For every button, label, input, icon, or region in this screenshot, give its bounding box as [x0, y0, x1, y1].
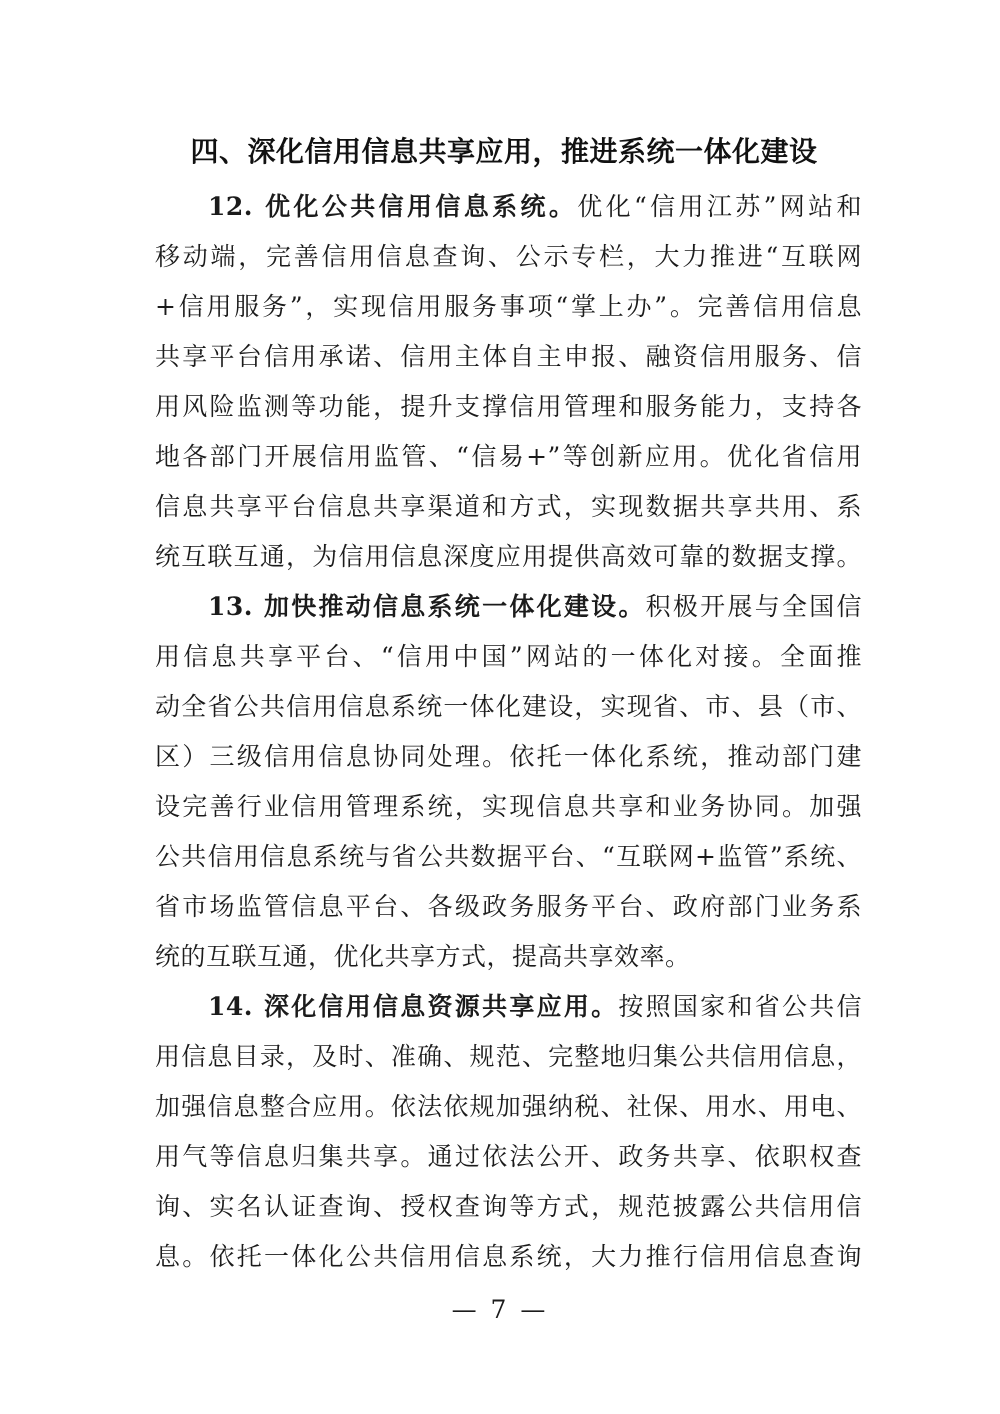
body-line: +信用服务”，实现信用服务事项“掌上办”。完善信用信息	[155, 282, 862, 332]
item-12-text-start: 优化“信用江苏”网站和	[577, 192, 862, 221]
document-body: 12. 优化公共信用信息系统。优化“信用江苏”网站和 移动端，完善信用信息查询、…	[155, 182, 862, 1282]
body-line: 加强信息整合应用。依法依规加强纳税、社保、用水、用电、	[155, 1082, 862, 1132]
body-line: 息。依托一体化公共信用信息系统，大力推行信用信息查询	[155, 1232, 862, 1282]
item-13-text-start: 积极开展与全国信	[646, 592, 862, 621]
paragraph-12-first-line: 12. 优化公共信用信息系统。优化“信用江苏”网站和	[155, 182, 862, 232]
section-heading: 四、深化信用信息共享应用，推进系统一体化建设	[146, 134, 862, 170]
paragraph-14-first-line: 14. 深化信用信息资源共享应用。按照国家和省公共信	[155, 982, 862, 1032]
body-line: 设完善行业信用管理系统，实现信息共享和业务协同。加强	[155, 782, 862, 832]
body-line: 统的互联互通，优化共享方式，提高共享效率。	[155, 932, 862, 982]
body-line: 用信息目录，及时、准确、规范、完整地归集公共信用信息，	[155, 1032, 862, 1082]
body-line: 地各部门开展信用监管、“信易+”等创新应用。优化省信用	[155, 432, 862, 482]
item-14-text-start: 按照国家和省公共信	[618, 992, 862, 1021]
body-line: 用气等信息归集共享。通过依法公开、政务共享、依职权查	[155, 1132, 862, 1182]
body-line: 区）三级信用信息协同处理。依托一体化系统，推动部门建	[155, 732, 862, 782]
body-line: 用风险监测等功能，提升支撑信用管理和服务能力，支持各	[155, 382, 862, 432]
body-line: 信息共享平台信息共享渠道和方式，实现数据共享共用、系	[155, 482, 862, 532]
body-line: 动全省公共信用信息系统一体化建设，实现省、市、县（市、	[155, 682, 862, 732]
item-12-title: 12. 优化公共信用信息系统。	[208, 192, 577, 221]
paragraph-13-first-line: 13. 加快推动信息系统一体化建设。积极开展与全国信	[155, 582, 862, 632]
item-13-title: 13. 加快推动信息系统一体化建设。	[208, 592, 646, 621]
item-14-title: 14. 深化信用信息资源共享应用。	[208, 992, 618, 1021]
body-line: 省市场监管信息平台、各级政务服务平台、政府部门业务系	[155, 882, 862, 932]
body-line: 用信息共享平台、“信用中国”网站的一体化对接。全面推	[155, 632, 862, 682]
document-page: 四、深化信用信息共享应用，推进系统一体化建设 12. 优化公共信用信息系统。优化…	[0, 0, 1000, 1414]
body-line: 询、实名认证查询、授权查询等方式，规范披露公共信用信	[155, 1182, 862, 1232]
body-line: 共享平台信用承诺、信用主体自主申报、融资信用服务、信	[155, 332, 862, 382]
body-line: 移动端，完善信用信息查询、公示专栏，大力推进“互联网	[155, 232, 862, 282]
body-line: 公共信用信息系统与省公共数据平台、“互联网+监管”系统、	[155, 832, 862, 882]
body-line: 统互联互通，为信用信息深度应用提供高效可靠的数据支撑。	[155, 532, 862, 582]
page-number: — 7 —	[0, 1294, 1000, 1326]
